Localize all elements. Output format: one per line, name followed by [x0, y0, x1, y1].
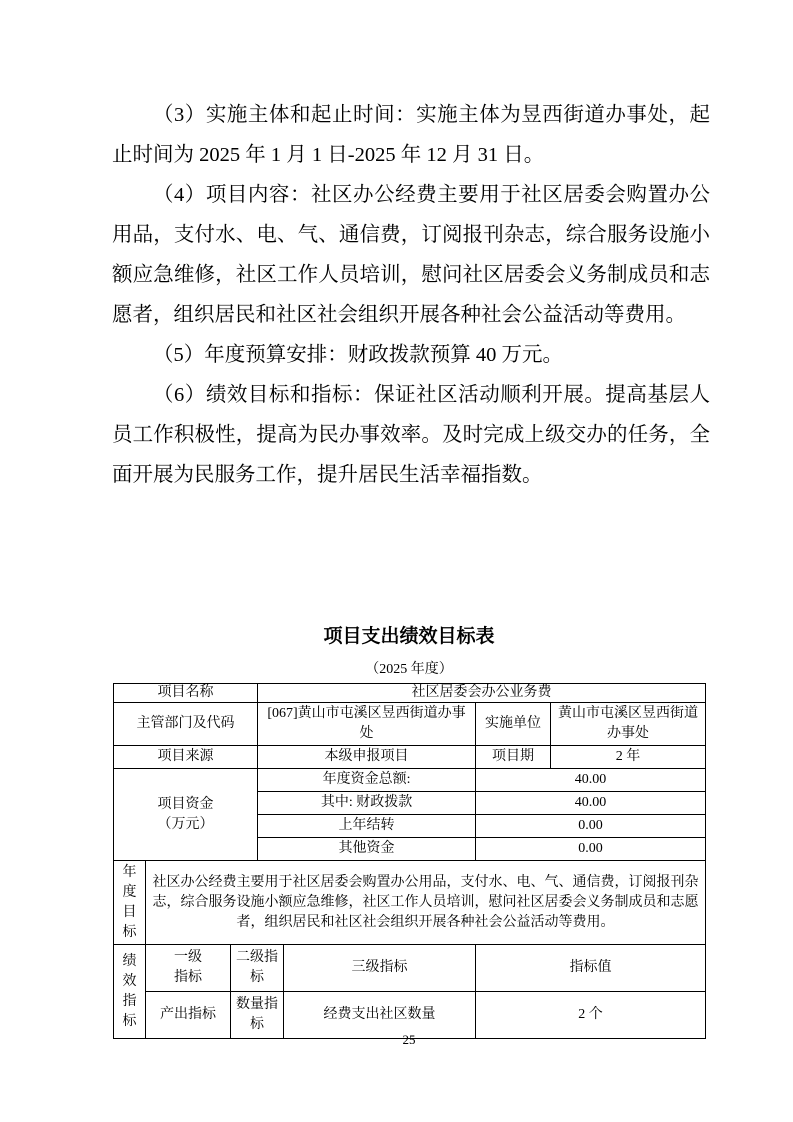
table-subtitle: （2025 年度）	[113, 662, 705, 678]
implement-unit-label: 实施单位	[476, 703, 551, 746]
project-name-value: 社区居委会办公业务费	[258, 684, 706, 703]
funds-fiscal-value: 40.00	[476, 792, 706, 815]
paragraph-project-content: （4）项目内容：社区办公经费主要用于社区居委会购置办公用品，支付水、电、气、通信…	[112, 175, 710, 335]
row-source: 项目来源 本级申报项目 项目期 2 年	[114, 746, 706, 769]
row-annual-goal: 年 度 目 标 社区办公经费主要用于社区居委会购置办公用品，支付水、电、气、通信…	[114, 861, 706, 945]
funds-fiscal-label: 其中: 财政拨款	[258, 792, 476, 815]
row-indicator-header: 绩 效 指 标 一级 指标 二级指 标 三级指标 指标值	[114, 945, 706, 992]
body-paragraphs: （3）实施主体和起止时间：实施主体为昱西街道办事处，起止时间为 2025 年 1…	[112, 95, 710, 495]
department-label: 主管部门及代码	[114, 703, 258, 746]
project-name-label: 项目名称	[114, 684, 258, 703]
project-period-value: 2 年	[551, 746, 706, 769]
funds-carryover-label: 上年结转	[258, 815, 476, 838]
document-page: （3）实施主体和起止时间：实施主体为昱西街道办事处，起止时间为 2025 年 1…	[0, 0, 793, 1122]
funds-other-value: 0.00	[476, 838, 706, 861]
annual-goal-text: 社区办公经费主要用于社区居委会购置办公用品，支付水、电、气、通信费，订阅报刊杂志…	[146, 861, 706, 945]
paragraph-performance-goal: （6）绩效目标和指标：保证社区活动顺利开展。提高基层人员工作积极性，提高为民办事…	[112, 375, 710, 495]
row-funds-total: 项目资金 （万元） 年度资金总额: 40.00	[114, 769, 706, 792]
paragraph-budget: （5）年度预算安排：财政拨款预算 40 万元。	[112, 335, 710, 375]
project-source-value: 本级申报项目	[258, 746, 476, 769]
funds-total-label: 年度资金总额:	[258, 769, 476, 792]
performance-label: 绩 效 指 标	[114, 945, 146, 1039]
funds-other-label: 其他资金	[258, 838, 476, 861]
header-level3: 三级指标	[284, 945, 476, 992]
project-funds-label: 项目资金 （万元）	[114, 769, 258, 861]
row-project-name: 项目名称 社区居委会办公业务费	[114, 684, 706, 703]
annual-goal-label: 年 度 目 标	[114, 861, 146, 945]
header-level1: 一级 指标	[146, 945, 231, 992]
performance-target-table: 项目名称 社区居委会办公业务费 主管部门及代码 [067]黄山市屯溪区昱西街道办…	[113, 683, 706, 1039]
header-value: 指标值	[476, 945, 706, 992]
page-number: 25	[113, 1032, 705, 1048]
funds-total-value: 40.00	[476, 769, 706, 792]
paragraph-implementation: （3）实施主体和起止时间：实施主体为昱西街道办事处，起止时间为 2025 年 1…	[112, 95, 710, 175]
implement-unit-value: 黄山市屯溪区昱西街道 办事处	[551, 703, 706, 746]
project-period-label: 项目期	[476, 746, 551, 769]
funds-carryover-value: 0.00	[476, 815, 706, 838]
department-value: [067]黄山市屯溪区昱西街道办事 处	[258, 703, 476, 746]
row-department: 主管部门及代码 [067]黄山市屯溪区昱西街道办事 处 实施单位 黄山市屯溪区昱…	[114, 703, 706, 746]
project-source-label: 项目来源	[114, 746, 258, 769]
header-level2: 二级指 标	[231, 945, 284, 992]
table-title: 项目支出绩效目标表	[113, 626, 705, 648]
